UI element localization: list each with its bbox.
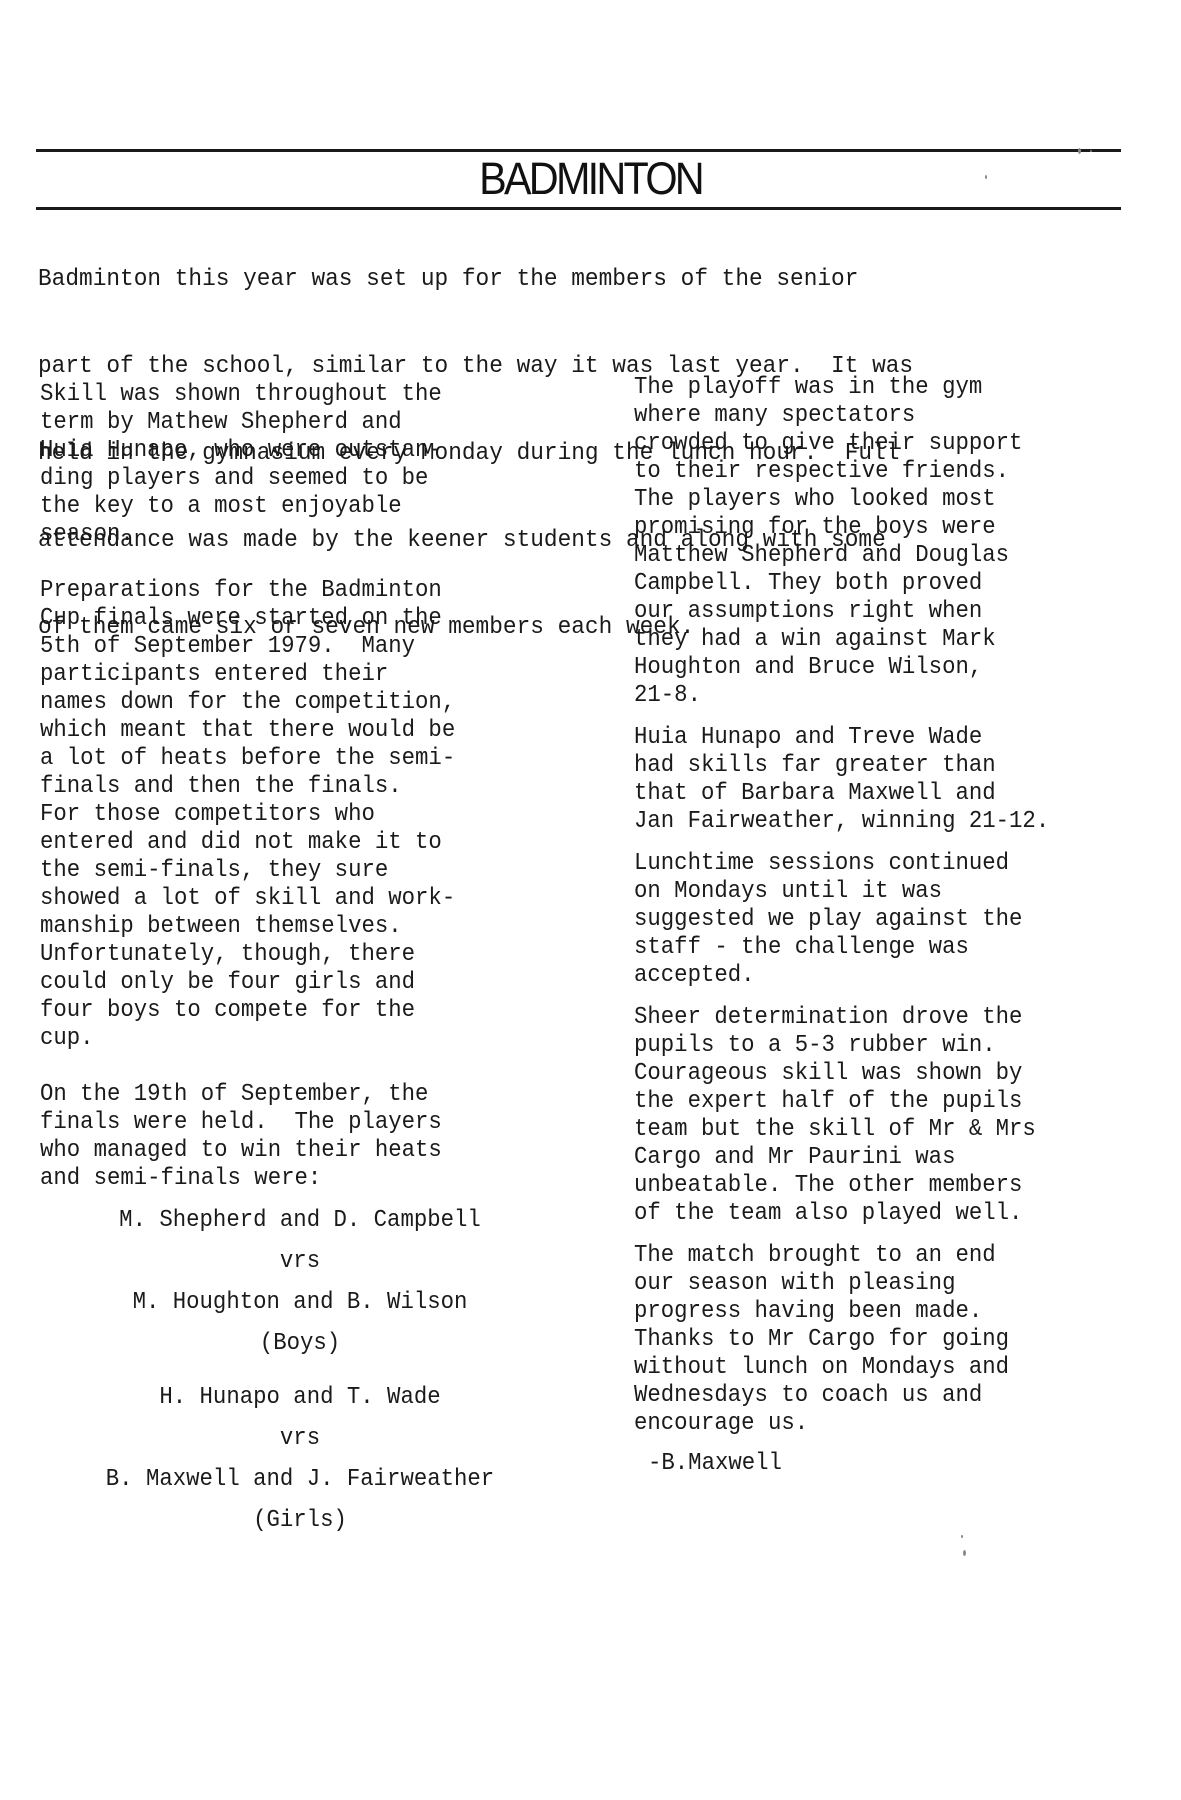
boys-versus: vrs <box>58 1248 542 1276</box>
author-signature: -B.Maxwell <box>648 1450 782 1478</box>
right-column: The playoff was in the gym where many sp… <box>634 374 1179 1452</box>
boys-team-b: M. Houghton and B. Wilson <box>58 1289 542 1317</box>
finals-matchups: M. Shepherd and D. Campbell vrs M. Hough… <box>40 1207 560 1548</box>
paragraph-finals: On the 19th of September, the finals wer… <box>40 1081 561 1193</box>
document-page: BADMINTON Badminton this year was set up… <box>0 0 1181 1800</box>
scan-speck <box>1078 148 1081 154</box>
boys-label: (Boys) <box>58 1330 542 1358</box>
paragraph-playoff: The playoff was in the gym where many sp… <box>634 374 1141 710</box>
page-title: BADMINTON <box>47 153 1134 205</box>
scan-speck <box>961 1535 963 1538</box>
girls-team-a: H. Hunapo and T. Wade <box>58 1384 542 1412</box>
girls-versus: vrs <box>58 1425 542 1453</box>
boys-team-a: M. Shepherd and D. Campbell <box>58 1207 542 1235</box>
paragraph-girls-result: Huia Hunapo and Treve Wade had skills fa… <box>634 724 1141 836</box>
scan-speck <box>985 175 987 179</box>
girls-team-b: B. Maxwell and J. Fairweather <box>58 1466 542 1494</box>
scan-speck <box>963 1550 966 1556</box>
paragraph-staff-match: Sheer determination drove the pupils to … <box>634 1004 1141 1228</box>
left-column: Skill was shown throughout the term by M… <box>40 381 600 1221</box>
paragraph-lunchtime: Lunchtime sessions continued on Mondays … <box>634 850 1141 990</box>
girls-label: (Girls) <box>58 1507 542 1535</box>
paragraph-preparations: Preparations for the Badminton Cup final… <box>40 577 561 1053</box>
paragraph-skill: Skill was shown throughout the term by M… <box>40 381 561 549</box>
scan-speck <box>1090 150 1092 152</box>
title-rule-top <box>36 149 1121 152</box>
paragraph-conclusion: The match brought to an end our season w… <box>634 1242 1141 1438</box>
intro-line: Badminton this year was set up for the m… <box>38 265 1070 294</box>
